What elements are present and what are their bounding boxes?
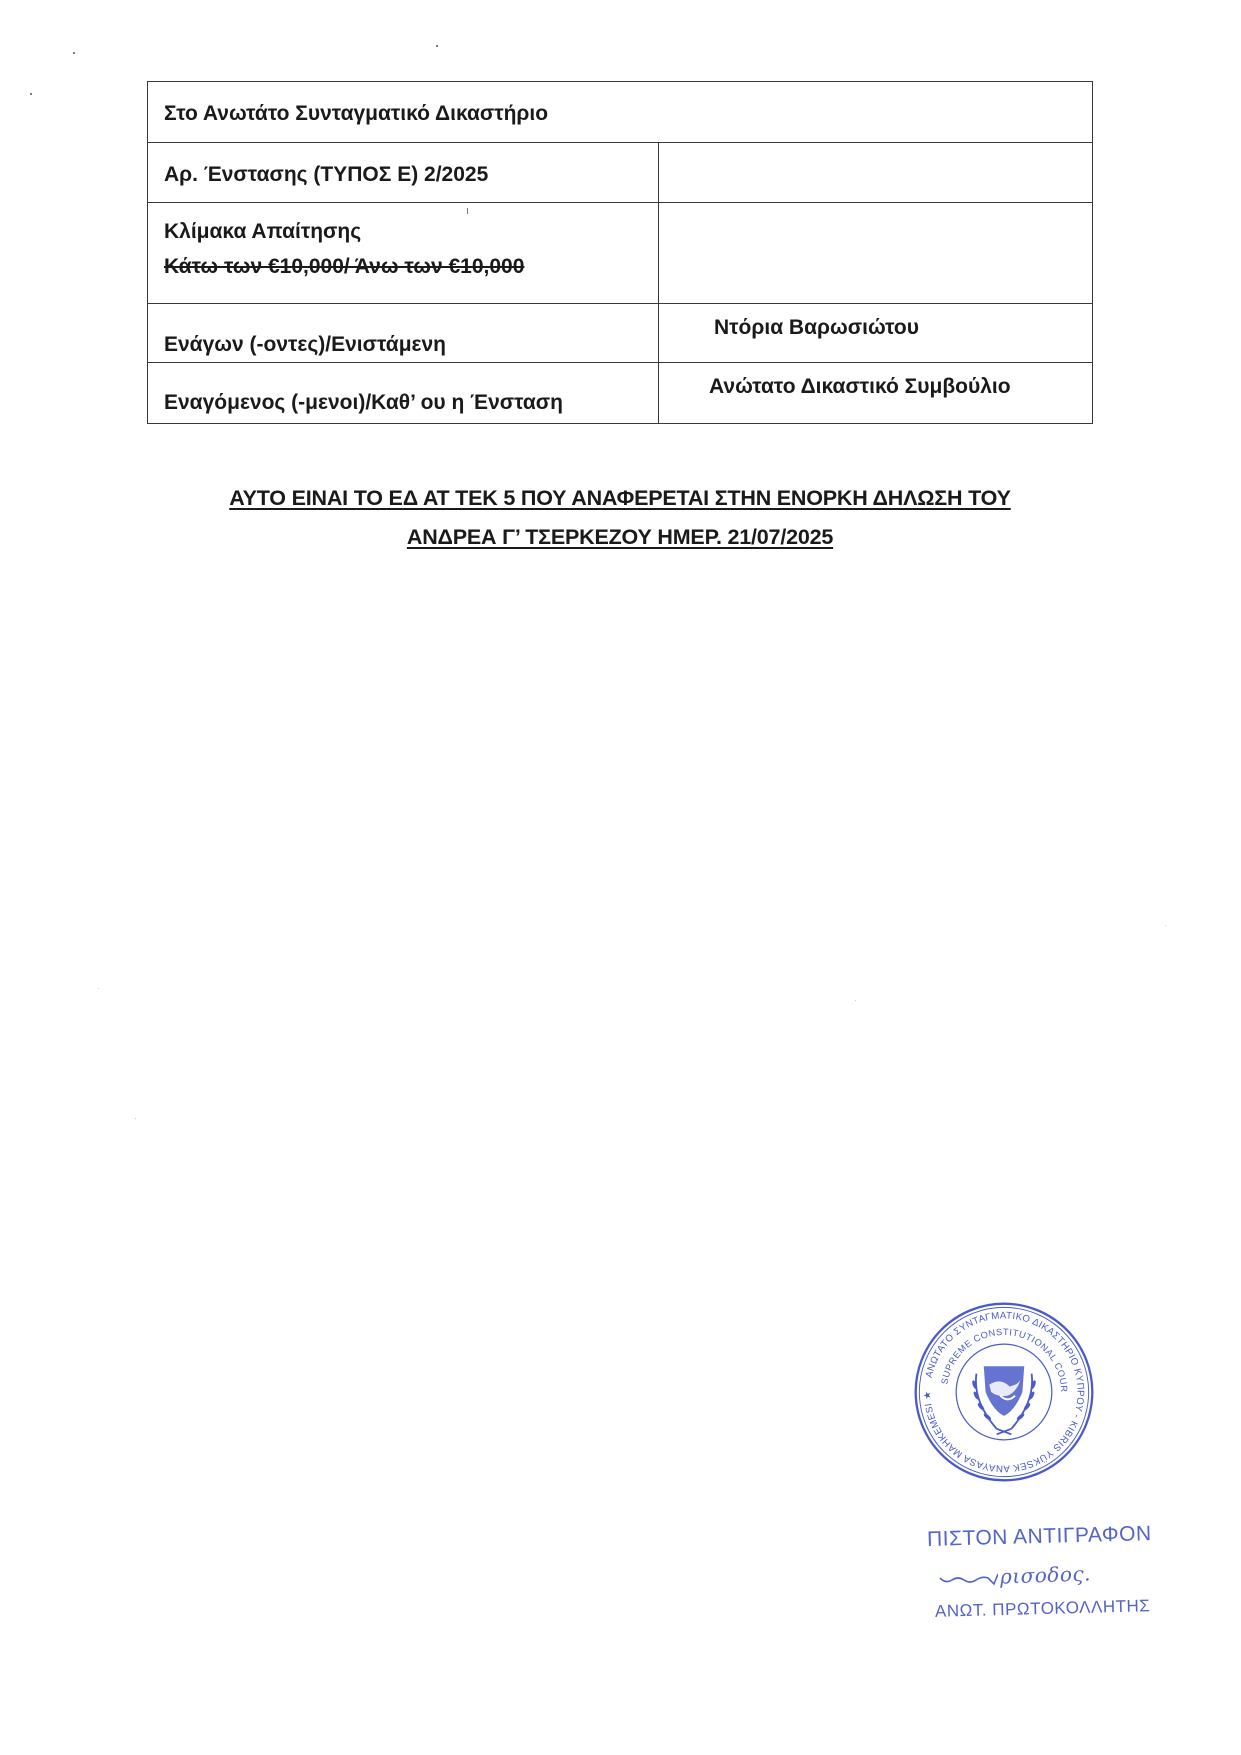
defendant-label-cell: Εναγόμενος (-μενοι)/Καθ’ ου η Ένσταση xyxy=(148,363,659,424)
defendant-value-cell: Ανώτατο Δικαστικό Συμβούλιο xyxy=(659,363,1093,424)
certified-copy-title: ΠΙΣΤΟΝ ΑΝΤΙΓΡΑΦΟΝ xyxy=(927,1522,1152,1552)
plaintiff-value-cell: Ντόρια Βαρωσιώτου xyxy=(659,304,1093,363)
signature-squiggle-icon xyxy=(938,1570,998,1588)
scan-speck xyxy=(30,93,32,95)
scan-speck xyxy=(135,1118,136,1119)
court-seal-stamp: ΑΝΩΤΑΤΟ ΣΥΝΤΑΓΜΑΤΙΚΟ ΔΙΚΑΣΤΗΡΙΟ ΚΥΠΡΟΥ -… xyxy=(912,1299,1096,1485)
claim-scale-struck-options: Κάτω των €10,000/ Άνω των €10,000 xyxy=(148,244,658,279)
claim-scale-value-cell xyxy=(659,203,1093,304)
scan-mark xyxy=(467,208,468,214)
case-number-label-cell: Αρ. Ένστασης (ΤΥΠΟΣ Ε) 2/2025 xyxy=(148,143,659,203)
registrar-title: ΑΝΩΤ. ΠΡΩΤΟΚΟΛΛΗΤΗΣ xyxy=(935,1596,1151,1622)
plaintiff-label-cell: Ενάγων (-οντες)/Ενιστάμενη xyxy=(148,304,659,363)
claim-scale-row: Κλίμακα Απαίτησης Κάτω των €10,000/ Άνω … xyxy=(148,203,1093,304)
case-header-table: Στο Ανωτάτο Συνταγματικό Δικαστήριο Αρ. … xyxy=(147,81,1093,424)
scan-speck xyxy=(855,1000,856,1001)
case-number-value xyxy=(659,143,1092,155)
defendant-row: Εναγόμενος (-μενοι)/Καθ’ ου η Ένσταση Αν… xyxy=(148,363,1093,424)
claim-scale-value xyxy=(659,203,1092,215)
case-number-label: Αρ. Ένστασης (ΤΥΠΟΣ Ε) 2/2025 xyxy=(148,143,658,187)
court-row: Στο Ανωτάτο Συνταγματικό Δικαστήριο xyxy=(148,82,1093,143)
scan-speck xyxy=(436,45,438,47)
claim-scale-label: Κλίμακα Απαίτησης xyxy=(148,203,658,244)
plaintiff-row: Ενάγων (-οντες)/Ενιστάμενη Ντόρια Βαρωσι… xyxy=(148,304,1093,363)
case-number-row: Αρ. Ένστασης (ΤΥΠΟΣ Ε) 2/2025 xyxy=(148,143,1093,203)
exhibit-heading-line-2: ΑΝΔΡΕΑ Γ’ ΤΣΕΡΚΕΖΟΥ ΗΜΕΡ. 21/07/2025 xyxy=(150,525,1090,550)
plaintiff-label: Ενάγων (-οντες)/Ενιστάμενη xyxy=(148,304,658,357)
case-number-value-cell xyxy=(659,143,1093,203)
court-cell: Στο Ανωτάτο Συνταγματικό Δικαστήριο xyxy=(148,82,1093,143)
signature: ρισοδος. xyxy=(1000,1561,1092,1588)
scan-speck xyxy=(98,988,99,989)
defendant-name: Ανώτατο Δικαστικό Συμβούλιο xyxy=(659,363,1092,399)
exhibit-heading-line-1: ΑΥΤΟ ΕΙΝΑΙ ΤΟ ΕΔ ΑΤ ΤΕΚ 5 ΠΟΥ ΑΝΑΦΕΡΕΤΑΙ… xyxy=(150,486,1090,511)
scan-speck xyxy=(73,52,75,54)
cyprus-coat-of-arms-icon xyxy=(971,1366,1036,1434)
court-name: Στο Ανωτάτο Συνταγματικό Δικαστήριο xyxy=(148,82,1092,126)
plaintiff-name: Ντόρια Βαρωσιώτου xyxy=(659,304,1092,340)
scan-speck xyxy=(1165,925,1166,926)
defendant-label: Εναγόμενος (-μενοι)/Καθ’ ου η Ένσταση xyxy=(148,363,658,415)
claim-scale-label-cell: Κλίμακα Απαίτησης Κάτω των €10,000/ Άνω … xyxy=(148,203,659,304)
